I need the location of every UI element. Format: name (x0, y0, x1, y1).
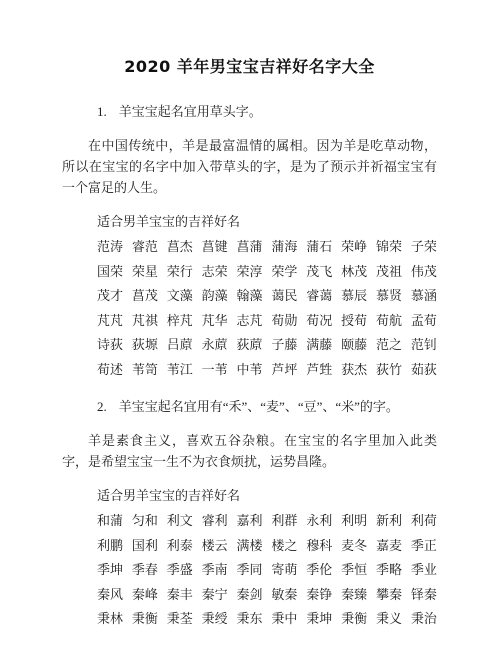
name-item: 秉林 (97, 607, 123, 632)
name-row: 秉林秉衡秉荃秉绶秉东秉中秉坤秉衡秉义秉治 (97, 607, 437, 632)
name-item: 慕涵 (411, 284, 437, 309)
name-item: 利群 (271, 509, 297, 534)
name-row: 荀述苇笥苇江一苇中苇芦坪芦甡获杰荻竹茹荻 (97, 358, 437, 383)
name-item: 季正 (411, 534, 437, 559)
section-grass-head-characters: 1.羊宝宝起名宜用草头字。 在中国传统中，羊是最富温情的属相。因为羊是吃草动物，… (62, 101, 437, 382)
name-item: 荻竹 (376, 358, 402, 383)
name-item: 秉治 (411, 607, 437, 632)
name-item: 蔼民 (271, 284, 297, 309)
name-item: 楼云 (202, 534, 228, 559)
name-item: 利泰 (167, 534, 193, 559)
name-item: 寄萌 (271, 558, 297, 583)
name-item: 范钊 (411, 333, 437, 358)
name-row: 季坤季春季盛季南季同寄萌季伦季恒季略季业 (97, 558, 437, 583)
name-item: 茂飞 (306, 260, 332, 285)
name-list: 范涛睿范菖杰菖键菖蒲蒲海蒲石荣峥锦荣子荣国荣荣星荣行志荣荣淳荣学茂飞林茂茂祖伟茂… (97, 235, 437, 382)
name-item: 季伦 (306, 558, 332, 583)
name-item: 满楼 (237, 534, 263, 559)
name-item: 荣峥 (341, 235, 367, 260)
name-item: 季南 (202, 558, 228, 583)
name-row: 范涛睿范菖杰菖键菖蒲蒲海蒲石荣峥锦荣子荣 (97, 235, 437, 260)
name-item: 永利 (306, 509, 332, 534)
name-item: 荣行 (167, 260, 193, 285)
section-heading: 2.羊宝宝起名宜用有“禾”、“麦”、“豆”、“米”的字。 (97, 396, 437, 417)
name-list: 和蒲匀和利文睿利嘉利利群永利利明新利利荷利鹏国利利泰楼云满楼楼之穆科麦冬嘉麦季正… (97, 509, 437, 632)
name-item: 授荀 (341, 309, 367, 334)
name-item: 国荣 (97, 260, 123, 285)
name-item: 永蒝 (202, 333, 228, 358)
name-item: 嘉利 (237, 509, 263, 534)
name-row: 芃芃芃祺梓芃芃华志芃荀勋荀况授荀荀航孟荀 (97, 309, 437, 334)
document-page: 2020 羊年男宝宝吉祥好名字大全 1.羊宝宝起名宜用草头字。 在中国传统中，羊… (0, 0, 500, 646)
section-subheading: 适合男羊宝宝的吉祥好名 (97, 211, 437, 232)
name-item: 睿利 (202, 509, 228, 534)
name-item: 韵藻 (202, 284, 228, 309)
name-item: 中苇 (237, 358, 263, 383)
name-row: 茂才菖茂文藻韵藻翰藻蔼民睿蔼慕辰慕贤慕涵 (97, 284, 437, 309)
name-item: 茹荻 (411, 358, 437, 383)
name-item: 慕贤 (376, 284, 402, 309)
name-item: 秉绶 (202, 607, 228, 632)
section-heading-text: 羊宝宝起名宜用有“禾”、“麦”、“豆”、“米”的字。 (119, 399, 399, 414)
name-item: 秦风 (97, 583, 123, 608)
name-item: 范之 (376, 333, 402, 358)
name-item: 吕蒝 (167, 333, 193, 358)
name-item: 季春 (132, 558, 158, 583)
name-item: 获杰 (341, 358, 367, 383)
name-item: 铎秦 (411, 583, 437, 608)
section-paragraph: 在中国传统中，羊是最富温情的属相。因为羊是吃草动物，所以在宝宝的名字中加入带草头… (62, 135, 437, 198)
name-item: 荀述 (97, 358, 123, 383)
name-item: 芃芃 (97, 309, 123, 334)
name-item: 季坤 (97, 558, 123, 583)
name-item: 利明 (341, 509, 367, 534)
name-item: 荀况 (306, 309, 332, 334)
name-item: 志芃 (237, 309, 263, 334)
name-item: 梓芃 (167, 309, 193, 334)
name-item: 蒲海 (271, 235, 297, 260)
page-title: 2020 羊年男宝宝吉祥好名字大全 (62, 54, 437, 77)
name-item: 锦荣 (376, 235, 402, 260)
name-item: 子荣 (411, 235, 437, 260)
name-item: 颐藤 (341, 333, 367, 358)
name-item: 秦臻 (341, 583, 367, 608)
name-item: 利荷 (411, 509, 437, 534)
name-row: 国荣荣星荣行志荣荣淳荣学茂飞林茂茂祖伟茂 (97, 260, 437, 285)
name-item: 诗荻 (97, 333, 123, 358)
name-item: 蒲石 (306, 235, 332, 260)
name-row: 秦风秦峰秦丰秦宁秦剑敏秦秦铮秦臻攀秦铎秦 (97, 583, 437, 608)
name-row: 和蒲匀和利文睿利嘉利利群永利利明新利利荷 (97, 509, 437, 534)
section-number: 1. (97, 101, 107, 122)
name-item: 利鹏 (97, 534, 123, 559)
name-item: 利文 (167, 509, 193, 534)
name-item: 秦宁 (202, 583, 228, 608)
name-item: 菖茂 (132, 284, 158, 309)
name-item: 睿范 (132, 235, 158, 260)
name-item: 荻塬 (132, 333, 158, 358)
name-item: 茂才 (97, 284, 123, 309)
name-item: 荀勋 (271, 309, 297, 334)
section-grain-characters: 2.羊宝宝起名宜用有“禾”、“麦”、“豆”、“米”的字。 羊是素食主义，喜欢五谷… (62, 396, 437, 632)
section-number: 2. (97, 396, 107, 417)
name-item: 满藤 (306, 333, 332, 358)
section-heading-text: 羊宝宝起名宜用草头字。 (119, 104, 262, 119)
name-item: 睿蔼 (306, 284, 332, 309)
name-item: 季盛 (167, 558, 193, 583)
name-item: 孟荀 (411, 309, 437, 334)
name-item: 季恒 (341, 558, 367, 583)
name-item: 菖杰 (167, 235, 193, 260)
name-item: 荣学 (271, 260, 297, 285)
name-item: 一苇 (202, 358, 228, 383)
name-item: 翰藻 (237, 284, 263, 309)
name-item: 秉衡 (132, 607, 158, 632)
name-item: 范涛 (97, 235, 123, 260)
name-item: 荣淳 (237, 260, 263, 285)
name-row: 利鹏国利利泰楼云满楼楼之穆科麦冬嘉麦季正 (97, 534, 437, 559)
name-item: 慕辰 (341, 284, 367, 309)
name-item: 季同 (237, 558, 263, 583)
name-item: 季略 (376, 558, 402, 583)
name-item: 楼之 (271, 534, 297, 559)
name-item: 文藻 (167, 284, 193, 309)
name-item: 苇江 (167, 358, 193, 383)
name-item: 攀秦 (376, 583, 402, 608)
name-item: 苇笥 (132, 358, 158, 383)
name-item: 季业 (411, 558, 437, 583)
name-item: 茂祖 (376, 260, 402, 285)
name-item: 芃华 (202, 309, 228, 334)
name-item: 秦铮 (306, 583, 332, 608)
name-item: 匀和 (132, 509, 158, 534)
name-item: 秦峰 (132, 583, 158, 608)
name-item: 芃祺 (132, 309, 158, 334)
name-item: 芦坪 (271, 358, 297, 383)
name-item: 麦冬 (341, 534, 367, 559)
name-item: 和蒲 (97, 509, 123, 534)
section-paragraph: 羊是素食主义，喜欢五谷杂粮。在宝宝的名字里加入此类字，是希望宝宝一生不为衣食烦扰… (62, 430, 437, 472)
name-item: 荣星 (132, 260, 158, 285)
name-item: 伟茂 (411, 260, 437, 285)
name-item: 秉东 (237, 607, 263, 632)
name-item: 秉中 (271, 607, 297, 632)
name-row: 诗荻荻塬吕蒝永蒝荻蒝子藤满藤颐藤范之范钊 (97, 333, 437, 358)
name-item: 秦剑 (237, 583, 263, 608)
name-item: 秉义 (376, 607, 402, 632)
name-item: 敏秦 (271, 583, 297, 608)
section-subheading: 适合男羊宝宝的吉祥好名 (97, 485, 437, 506)
name-item: 子藤 (271, 333, 297, 358)
section-heading: 1.羊宝宝起名宜用草头字。 (97, 101, 437, 122)
name-item: 林茂 (341, 260, 367, 285)
name-item: 菖键 (202, 235, 228, 260)
name-item: 芦甡 (306, 358, 332, 383)
name-item: 嘉麦 (376, 534, 402, 559)
name-item: 秉坤 (306, 607, 332, 632)
name-item: 秉荃 (167, 607, 193, 632)
name-item: 秉衡 (341, 607, 367, 632)
name-item: 荻蒝 (237, 333, 263, 358)
name-item: 国利 (132, 534, 158, 559)
name-item: 志荣 (202, 260, 228, 285)
name-item: 穆科 (306, 534, 332, 559)
name-item: 秦丰 (167, 583, 193, 608)
name-item: 新利 (376, 509, 402, 534)
name-item: 菖蒲 (237, 235, 263, 260)
name-item: 荀航 (376, 309, 402, 334)
